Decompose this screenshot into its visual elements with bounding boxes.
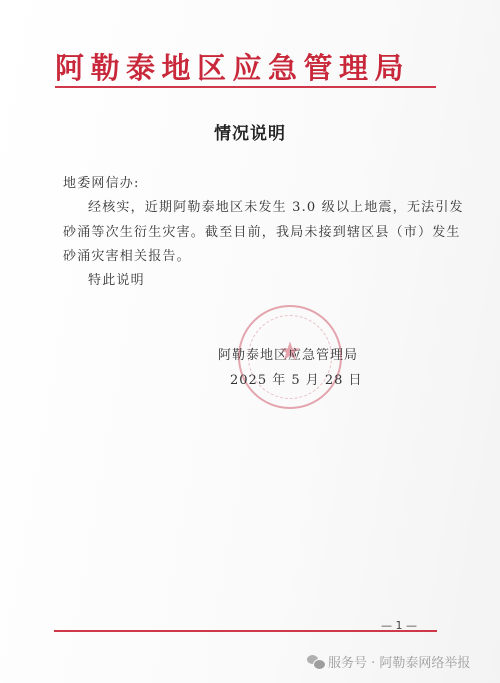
letterhead-divider — [55, 86, 436, 88]
closing-remark: 特此说明 — [88, 272, 145, 290]
footer-divider — [54, 630, 437, 632]
signature-organization: 阿勒泰地区应急管理局 — [218, 344, 358, 363]
recipient: 地委网信办: — [63, 175, 140, 193]
signature-date: 2025 年 5 月 28 日 — [230, 369, 363, 388]
watermark-text: 服务号 · 阿勒泰网络举报 — [328, 652, 470, 671]
body-line-1: 经核实，近期阿勒泰地区未发生 3.0 级以上地震，无法引发 — [88, 199, 464, 217]
document-title: 情况说明 — [0, 119, 500, 144]
body-line-2: 砂涌等次生衍生灾害。截至目前，我局未接到辖区县（市）发生 — [63, 224, 461, 242]
document-page: 阿勒泰地区应急管理局 情况说明 地委网信办: 经核实，近期阿勒泰地区未发生 3.… — [0, 0, 500, 683]
body-line-3: 砂涌灾害相关报告。 — [63, 248, 191, 266]
wechat-icon — [307, 655, 324, 669]
agency-letterhead: 阿勒泰地区应急管理局 — [55, 48, 437, 88]
watermark: 服务号 · 阿勒泰网络举报 — [307, 652, 470, 671]
